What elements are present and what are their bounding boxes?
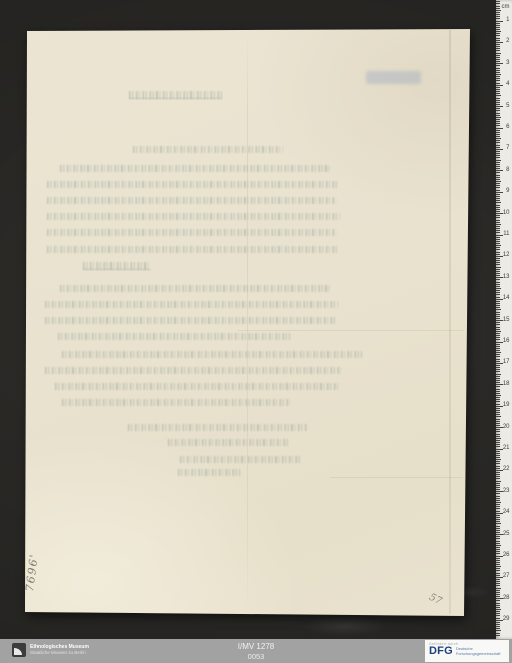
ghost-text-line — [47, 229, 336, 236]
pencil-annotation-7696: 7696' — [22, 541, 42, 604]
ruler-tick — [496, 504, 500, 505]
ruler-tick — [496, 190, 500, 191]
ruler-tick — [496, 194, 500, 195]
paper-crease-horizontal-lower — [330, 477, 463, 478]
ruler-tick — [496, 68, 500, 69]
dfg-logo-row: DFG Deutsche Forschungsgemeinschaft — [429, 646, 505, 657]
ruler-tick — [496, 241, 500, 242]
ruler-tick — [496, 61, 500, 62]
ruler-tick — [496, 506, 500, 507]
ruler-tick — [496, 583, 500, 584]
ruler-tick — [496, 59, 500, 60]
ruler-tick — [496, 401, 500, 402]
ruler-tick — [496, 455, 500, 456]
ruler-tick — [496, 532, 500, 533]
ruler-tick — [496, 235, 503, 236]
ruler-tick — [496, 389, 500, 390]
ruler-tick — [496, 517, 500, 518]
ruler-tick — [496, 511, 500, 512]
ruler-tick — [496, 498, 500, 499]
ruler-number: 24 — [503, 509, 510, 516]
ruler-tick — [496, 344, 500, 345]
ruler-tick — [496, 423, 500, 424]
ruler-tick — [496, 121, 500, 122]
ruler-tick — [496, 220, 500, 221]
ghost-text-line — [60, 285, 330, 292]
ruler-number: 27 — [503, 573, 510, 580]
ruler-tick — [496, 31, 501, 32]
ruler-tick — [496, 446, 500, 447]
ruler-tick — [496, 3, 500, 4]
ruler-tick — [496, 284, 500, 285]
ruler-tick — [496, 324, 500, 325]
ruler-tick — [496, 8, 500, 9]
ruler-tick — [496, 136, 500, 137]
ruler-number: 10 — [503, 210, 510, 217]
ruler-tick — [496, 466, 500, 467]
ruler-tick — [496, 53, 501, 54]
ruler-tick — [496, 543, 500, 544]
ruler-tick — [496, 27, 500, 28]
ruler-tick — [496, 596, 500, 597]
ruler-tick — [496, 297, 500, 298]
ruler-tick — [496, 408, 500, 409]
paper-sheet: 7696' 57 — [0, 0, 512, 663]
ruler-tick — [496, 102, 500, 103]
ruler-tick — [496, 438, 501, 439]
ruler-tick — [496, 508, 500, 509]
ghost-text-line — [55, 383, 338, 390]
ruler-tick — [496, 573, 500, 574]
ghost-text-line — [178, 469, 240, 476]
ruler-tick — [496, 80, 500, 81]
ghost-text-line — [62, 399, 290, 406]
ruler-tick — [496, 346, 500, 347]
ruler-tick — [496, 162, 500, 163]
ruler-tick — [496, 142, 500, 143]
ruler-tick — [496, 40, 500, 41]
ruler-tick — [496, 279, 500, 280]
ruler-tick — [496, 10, 501, 11]
ruler-tick — [496, 130, 500, 131]
ruler-tick — [496, 442, 500, 443]
ruler-tick — [496, 215, 500, 216]
ruler-tick — [496, 196, 500, 197]
ruler-tick — [496, 38, 500, 39]
ghost-text-line — [47, 197, 336, 204]
ruler-tick — [496, 232, 500, 233]
ruler-tick — [496, 282, 500, 283]
ruler-tick — [496, 528, 500, 529]
ruler-tick — [496, 50, 500, 51]
ruler-tick — [496, 547, 500, 548]
ruler-tick — [496, 16, 500, 17]
ruler-tick — [496, 305, 500, 306]
ruler-unit-label: cm — [502, 4, 510, 10]
ruler-tick — [496, 294, 500, 295]
ruler-number: 12 — [503, 252, 510, 259]
ghost-text-line — [129, 91, 222, 99]
ruler-tick — [496, 487, 500, 488]
ruler-tick — [496, 258, 500, 259]
ruler-tick — [496, 12, 500, 13]
ruler: cm 1234567891011121314151617181920212223… — [496, 0, 512, 639]
ruler-tick — [496, 493, 500, 494]
ruler-tick — [496, 581, 500, 582]
ruler-tick — [496, 560, 500, 561]
ruler-tick — [496, 132, 500, 133]
ruler-tick — [496, 202, 501, 203]
ruler-tick — [496, 575, 500, 576]
ruler-tick — [496, 545, 501, 546]
ghost-text-line — [168, 439, 290, 446]
ruler-tick — [496, 371, 500, 372]
ruler-tick — [496, 476, 500, 477]
ruler-number: 6 — [506, 124, 509, 131]
ruler-tick — [496, 267, 501, 268]
ruler-tick — [496, 312, 500, 313]
ruler-number: 28 — [503, 595, 510, 602]
ruler-tick — [496, 138, 501, 139]
ruler-tick — [496, 292, 500, 293]
ghost-text-line — [133, 146, 283, 153]
ruler-tick — [496, 181, 501, 182]
ruler-number: 11 — [503, 231, 509, 238]
ruler-tick — [496, 365, 500, 366]
ruler-tick — [496, 530, 500, 531]
ruler-tick — [496, 459, 501, 460]
ruler-tick — [496, 140, 500, 141]
ruler-number: 17 — [503, 359, 510, 366]
ruler-tick — [496, 359, 500, 360]
ruler-tick — [496, 260, 500, 261]
ruler-tick — [496, 624, 500, 625]
ruler-tick — [496, 410, 500, 411]
ruler-tick — [496, 541, 500, 542]
ruler-tick — [496, 615, 500, 616]
ruler-tick — [496, 166, 500, 167]
ruler-tick — [496, 352, 501, 353]
ruler-tick — [496, 419, 500, 420]
dfg-logo-block: Gefördert durch DFG Deutsche Forschungsg… — [425, 640, 509, 662]
ruler-tick — [496, 382, 500, 383]
ruler-tick — [496, 461, 500, 462]
ruler-tick — [496, 211, 500, 212]
ruler-tick — [496, 316, 500, 317]
ruler-number: 26 — [503, 552, 510, 559]
ruler-tick — [496, 600, 500, 601]
ruler-tick — [496, 348, 500, 349]
ruler-tick — [496, 239, 500, 240]
ruler-tick — [496, 592, 500, 593]
ruler-tick — [496, 622, 500, 623]
ruler-tick — [496, 170, 503, 171]
ruler-tick — [496, 558, 500, 559]
ruler-tick — [496, 63, 503, 64]
ruler-tick — [496, 453, 500, 454]
scan-viewport: 7696' 57 cm 1234567891011121314151617181… — [0, 0, 512, 663]
pencil-annotation-57: 57 — [427, 592, 443, 607]
ruler-tick — [496, 134, 500, 135]
ruler-tick — [496, 421, 500, 422]
ruler-tick — [496, 230, 500, 231]
ruler-tick — [496, 224, 501, 225]
ghost-text-line — [58, 333, 290, 340]
ruler-tick — [496, 303, 500, 304]
ruler-tick — [496, 538, 500, 539]
ruler-tick — [496, 416, 501, 417]
ghost-text-line — [180, 456, 302, 463]
ruler-tick — [496, 414, 500, 415]
ruler-tick — [496, 369, 500, 370]
ruler-tick — [496, 635, 500, 636]
ruler-tick — [496, 164, 500, 165]
ghost-text-line — [62, 351, 362, 358]
ruler-tick — [496, 605, 500, 606]
ruler-tick — [496, 399, 500, 400]
ruler-number: 14 — [503, 295, 510, 302]
ruler-tick — [496, 367, 500, 368]
paper-crease-vertical-right — [449, 30, 451, 614]
ruler-number: 25 — [503, 531, 510, 538]
ruler-tick — [496, 301, 500, 302]
ruler-tick — [496, 626, 500, 627]
ruler-tick — [496, 21, 503, 22]
ruler-tick — [496, 117, 501, 118]
ruler-tick — [496, 183, 500, 184]
ruler-tick — [496, 106, 503, 107]
ruler-number: 20 — [503, 424, 510, 431]
ruler-tick — [496, 153, 500, 154]
ruler-number: 13 — [503, 274, 510, 281]
ruler-tick — [496, 160, 501, 161]
ruler-tick — [496, 474, 500, 475]
ruler-tick — [496, 502, 501, 503]
ruler-tick — [496, 354, 500, 355]
paper-sheet-wrapper: 7696' 57 — [0, 0, 512, 663]
ruler-tick — [496, 98, 500, 99]
ruler-tick — [496, 179, 500, 180]
ruler-tick — [496, 115, 500, 116]
ruler-tick — [496, 309, 501, 310]
ruler-number: 15 — [503, 317, 510, 324]
ruler-tick — [496, 74, 501, 75]
ruler-tick — [496, 93, 500, 94]
ruler-tick — [496, 481, 501, 482]
ruler-tick — [496, 44, 500, 45]
ruler-number: 21 — [503, 445, 510, 452]
ruler-tick — [496, 151, 500, 152]
ruler-tick — [496, 1, 500, 2]
ruler-tick — [496, 594, 500, 595]
ruler-tick — [496, 393, 500, 394]
ruler-tick — [496, 209, 500, 210]
ruler-number: 23 — [503, 488, 510, 495]
ghost-text-line — [60, 165, 332, 172]
ruler-tick — [496, 119, 500, 120]
ruler-tick — [496, 87, 500, 88]
ghost-text-line — [128, 424, 308, 431]
ruler-tick — [496, 579, 500, 580]
dfg-org-name: Deutsche Forschungsgemeinschaft — [456, 646, 501, 656]
ruler-tick — [496, 444, 500, 445]
ruler-tick — [496, 331, 501, 332]
ruler-tick — [496, 155, 500, 156]
ruler-tick — [496, 429, 500, 430]
ruler-tick — [496, 318, 500, 319]
ruler-tick — [496, 35, 500, 36]
ruler-tick — [496, 613, 500, 614]
ruler-tick — [496, 42, 503, 43]
ruler-tick — [496, 568, 500, 569]
ruler-tick — [496, 55, 500, 56]
ruler-tick — [496, 57, 500, 58]
ruler-tick — [496, 83, 500, 84]
ruler-tick — [496, 14, 500, 15]
ruler-tick — [496, 566, 501, 567]
ruler-tick — [496, 104, 500, 105]
ruler-tick — [496, 226, 500, 227]
ruler-tick — [496, 436, 500, 437]
ruler-tick — [496, 33, 500, 34]
ruler-tick — [496, 496, 500, 497]
ruler-tick — [496, 254, 500, 255]
ruler-tick — [496, 89, 500, 90]
ruler-number: 16 — [503, 338, 510, 345]
ruler-number: 22 — [503, 466, 510, 473]
ruler-tick — [496, 157, 500, 158]
ruler-tick — [496, 478, 500, 479]
ruler-tick — [496, 350, 500, 351]
ruler-tick — [496, 607, 500, 608]
ruler-tick — [496, 457, 500, 458]
ruler-tick — [496, 217, 500, 218]
ruler-tick — [496, 500, 500, 501]
ruler-tick — [496, 549, 500, 550]
footer-bar: Ethnologisches Museum Staatliche Museen … — [0, 639, 512, 663]
ruler-tick — [496, 125, 500, 126]
ruler-tick — [496, 603, 500, 604]
ruler-tick — [496, 434, 500, 435]
dfg-logo-text: DFG — [429, 646, 453, 657]
ruler-tick — [496, 72, 500, 73]
ruler-tick — [496, 521, 500, 522]
ruler-tick — [496, 249, 500, 250]
ghost-stamp-mark — [366, 71, 421, 84]
ruler-tick — [496, 145, 500, 146]
ruler-number: 1 — [506, 17, 509, 24]
ruler-tick — [496, 100, 500, 101]
ruler-tick — [496, 335, 500, 336]
ruler-tick — [496, 222, 500, 223]
ruler-tick — [496, 275, 500, 276]
ruler-tick — [496, 147, 500, 148]
ruler-tick — [496, 70, 500, 71]
ruler-tick — [496, 172, 500, 173]
ghost-text-line — [45, 317, 336, 324]
ruler-tick — [496, 262, 500, 263]
ruler-tick — [496, 185, 500, 186]
ruler-tick — [496, 633, 500, 634]
ruler-tick — [496, 611, 500, 612]
ruler-tick — [496, 526, 500, 527]
ruler-tick — [496, 192, 503, 193]
ruler-tick — [496, 288, 501, 289]
ruler-tick — [496, 463, 500, 464]
ruler-tick — [496, 329, 500, 330]
ruler-tick — [496, 85, 503, 86]
ruler-tick — [496, 440, 500, 441]
ruler-tick — [496, 228, 500, 229]
ruler-tick — [496, 472, 500, 473]
ruler-tick — [496, 91, 500, 92]
ruler-number: 9 — [506, 188, 509, 195]
ruler-tick — [496, 519, 500, 520]
ruler-tick — [496, 65, 500, 66]
ruler-tick — [496, 327, 500, 328]
ruler-tick — [496, 337, 500, 338]
ruler-tick — [496, 333, 500, 334]
ruler-tick — [496, 391, 500, 392]
ruler-tick — [496, 570, 500, 571]
ruler-tick — [496, 361, 500, 362]
ghost-text-line — [47, 181, 338, 188]
ruler-tick — [496, 168, 500, 169]
ruler-tick — [496, 177, 500, 178]
ruler-tick — [496, 271, 500, 272]
ruler-tick — [496, 489, 500, 490]
ruler-tick — [496, 23, 500, 24]
ruler-tick — [496, 207, 500, 208]
ruler-tick — [496, 386, 500, 387]
ruler-tick — [496, 356, 500, 357]
ruler-tick — [496, 395, 501, 396]
ruler-number: 7 — [506, 145, 509, 152]
ruler-tick — [496, 6, 500, 7]
ruler-tick — [496, 264, 500, 265]
ruler-tick — [496, 378, 500, 379]
ruler-tick — [496, 562, 500, 563]
ruler-tick — [496, 243, 500, 244]
ghost-text-line — [83, 262, 151, 270]
ruler-number: 4 — [506, 81, 509, 88]
ruler-tick — [496, 451, 500, 452]
ruler-tick — [496, 314, 500, 315]
ruler-tick — [496, 588, 501, 589]
ruler-tick — [496, 149, 503, 150]
ruler-tick — [496, 412, 500, 413]
ruler-tick — [496, 322, 500, 323]
ruler-tick — [496, 431, 500, 432]
ruler-tick — [496, 397, 500, 398]
ruler-tick — [496, 404, 500, 405]
ruler-tick — [496, 95, 501, 96]
ghost-text-line — [47, 246, 338, 253]
ruler-tick — [496, 590, 500, 591]
ruler-tick — [496, 187, 500, 188]
ruler-tick — [496, 273, 500, 274]
ruler-tick — [496, 205, 500, 206]
ghost-text-line — [47, 213, 340, 220]
ruler-tick — [496, 618, 500, 619]
ruler-tick — [496, 628, 500, 629]
ruler-tick — [496, 237, 500, 238]
ghost-text-line — [45, 367, 341, 374]
ruler-tick — [496, 523, 501, 524]
ruler-tick — [496, 290, 500, 291]
ruler-number: 19 — [503, 402, 510, 409]
ruler-number: 8 — [506, 167, 509, 174]
